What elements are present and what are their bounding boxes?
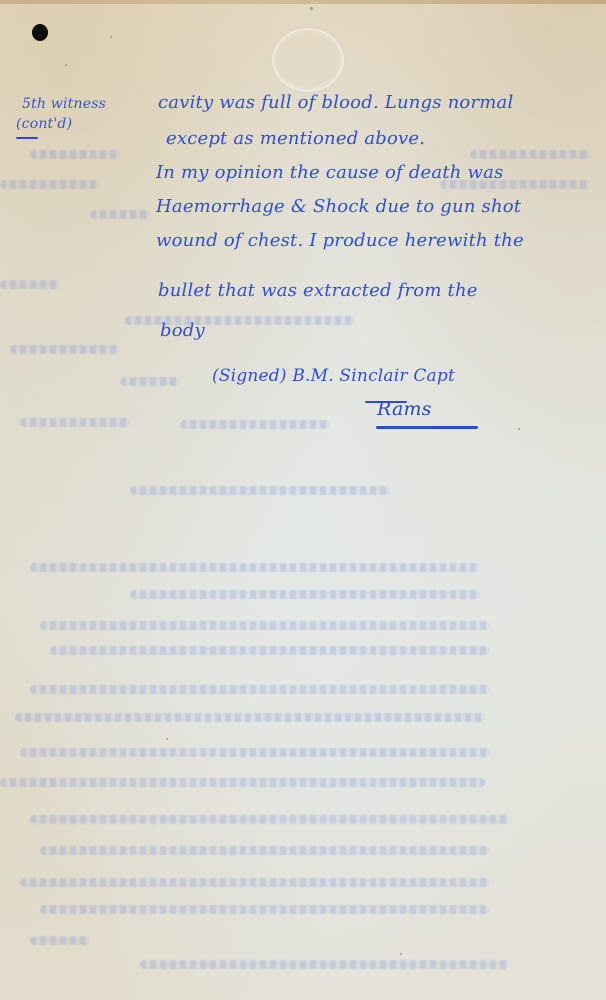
paper-speck <box>400 953 402 955</box>
rank-annotation: Rams <box>377 398 432 420</box>
paper-speck <box>310 7 313 10</box>
punch-hole-icon <box>32 24 48 41</box>
paper-speck <box>110 36 112 38</box>
embossed-seal-icon <box>272 28 344 92</box>
margin-note-continued: (cont'd) <box>16 116 72 132</box>
statement-line-5: wound of chest. I produce herewith the <box>156 230 524 251</box>
margin-note-underline <box>16 137 38 139</box>
rank-underline <box>376 426 478 429</box>
paper-speck <box>518 428 520 430</box>
margin-note-witness: 5th witness <box>22 96 106 112</box>
statement-line-2: except as mentioned above. <box>166 128 425 149</box>
document-page: 5th witness (cont'd) cavity was full of … <box>0 0 606 1000</box>
signature-line: (Signed) B.M. Sinclair Capt <box>212 366 455 386</box>
paper-speck <box>65 64 67 66</box>
paper-speck <box>166 738 168 740</box>
statement-line-6: bullet that was extracted from the <box>158 280 478 301</box>
paper-top-edge <box>0 0 606 4</box>
statement-line-4: Haemorrhage & Shock due to gun shot <box>156 196 521 217</box>
statement-line-1: cavity was full of blood. Lungs normal <box>158 92 513 113</box>
